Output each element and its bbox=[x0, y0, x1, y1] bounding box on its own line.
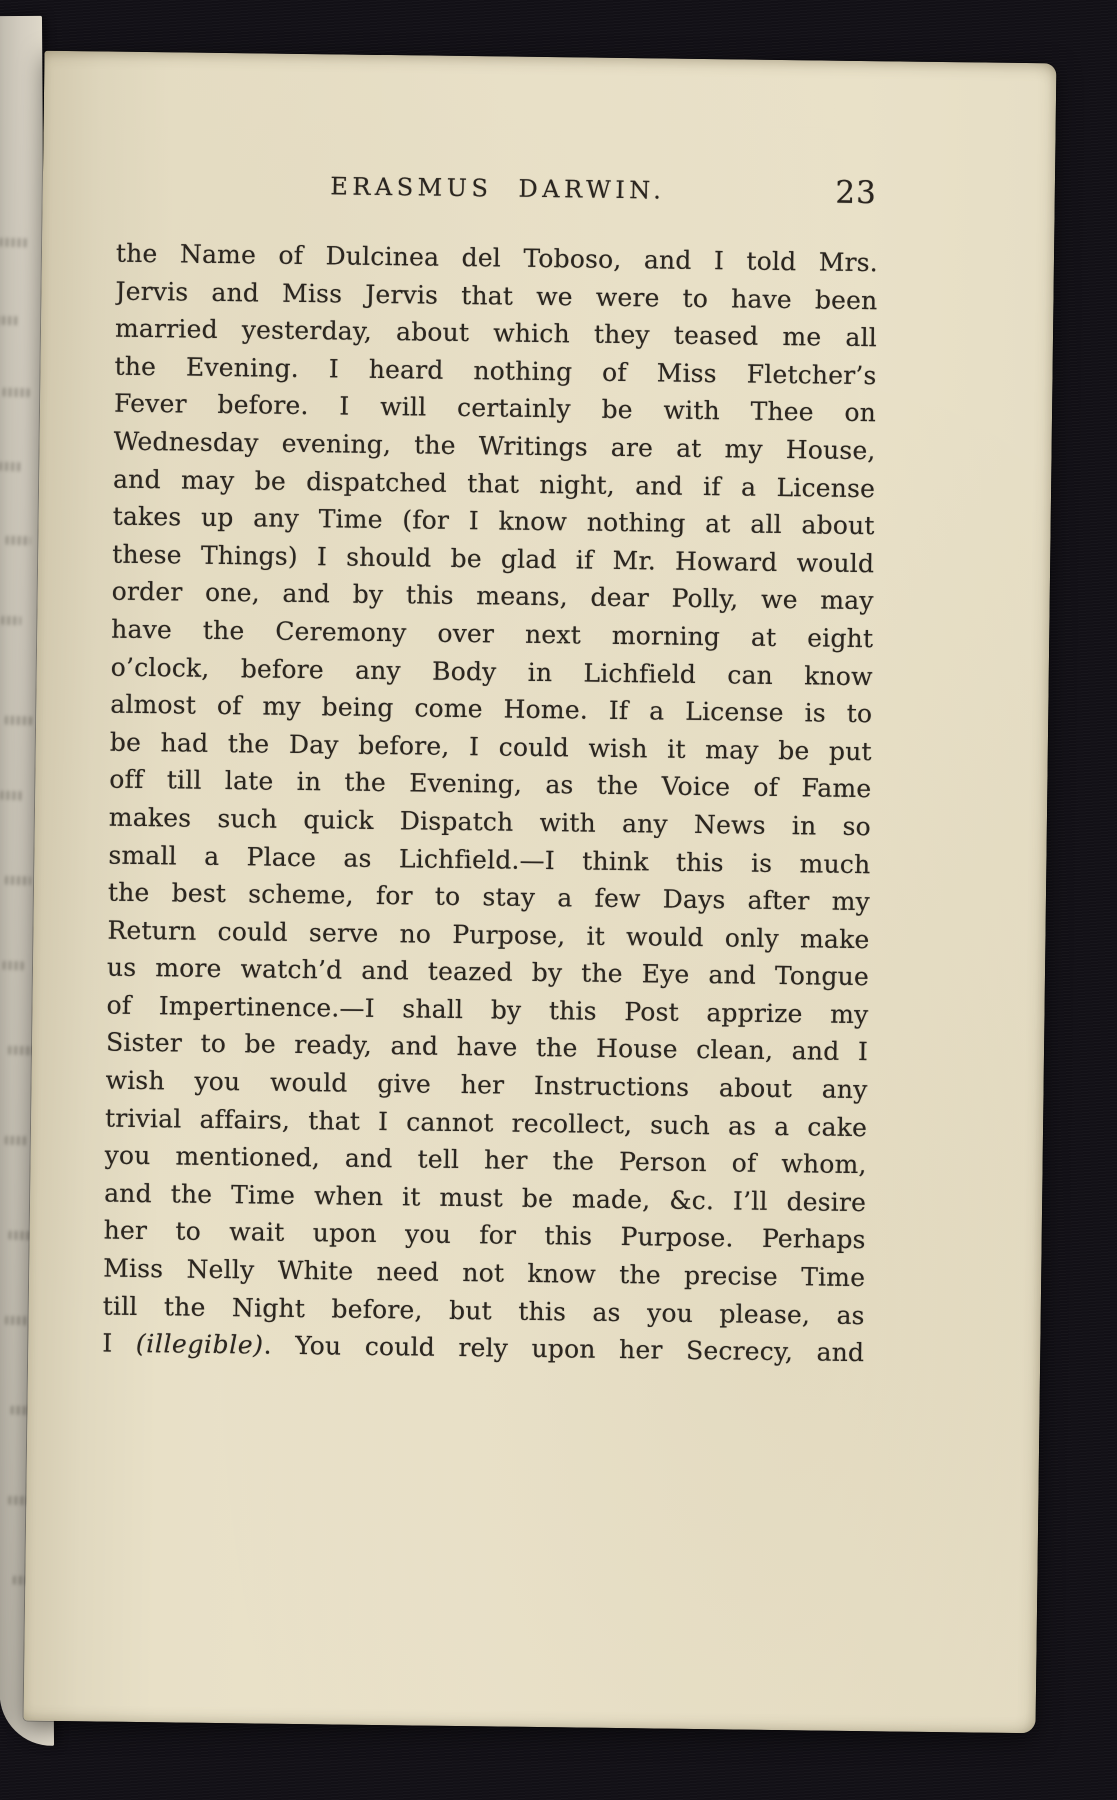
ghost-text-mark bbox=[6, 536, 31, 546]
ghost-text-mark bbox=[5, 716, 32, 726]
page-header: ERASMUS DARWIN. 23 bbox=[117, 162, 879, 210]
ghost-text-mark bbox=[5, 876, 31, 886]
ghost-text-mark bbox=[1, 616, 21, 626]
book-page: ERASMUS DARWIN. 23 the Name of Dulcinea … bbox=[24, 51, 1057, 1734]
ghost-text-mark bbox=[5, 1136, 28, 1146]
ghost-text-mark bbox=[2, 961, 23, 971]
ghost-text-mark bbox=[0, 462, 21, 472]
ghost-text-mark bbox=[0, 791, 23, 801]
scanned-book-photo: ERASMUS DARWIN. 23 the Name of Dulcinea … bbox=[0, 0, 1117, 1800]
ghost-text-mark bbox=[8, 1046, 34, 1056]
illegible-note: (illegible) bbox=[136, 1329, 264, 1360]
ghost-text-mark bbox=[0, 316, 20, 326]
ghost-text-mark bbox=[2, 388, 29, 398]
running-title: ERASMUS DARWIN. bbox=[117, 170, 879, 208]
page-number: 23 bbox=[835, 177, 877, 210]
letter-body-text: the Name of Dulcinea del Toboso, and I t… bbox=[102, 235, 878, 1372]
ghost-text-mark bbox=[5, 1316, 29, 1326]
ghost-text-mark bbox=[0, 238, 28, 248]
